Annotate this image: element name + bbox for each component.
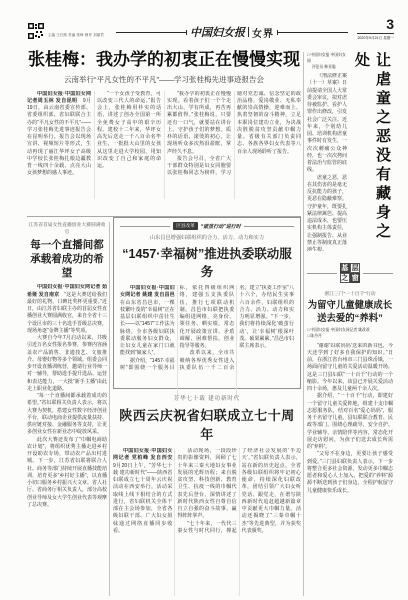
paragraph: “每一个直播间都承载着成功的希望。”省妇联相关负责人表示，将以大赛为契机，搭建女… [27,393,107,437]
article-jiangsu-livestream: 江苏省首届女性直播创业大赛圆满收官 每一个直播间都 承载着成功的希望 中国妇女报… [27,222,107,596]
article-1457-box: 区县改革 “破茧行动”进行时 山东昌邑增强妇联组织的合力、活力、动力和实力 “1… [113,217,301,389]
stamp-char: 层 [350,263,360,273]
column-badge-row: 区县改革 “破茧行动”进行时 [120,222,294,230]
center-kicker: 山东昌邑增强妇联组织的合力、活力、动力和实力 [120,234,294,241]
commentary-article: □ 中国妇女报·中国妇女网 评论员 韩亚聪 《刑法修正案（十一）草案》日前提请全… [307,52,393,256]
paragraph: 大赛自今年7月启动以来，共吸引近万名女性报名参赛，参赛内容涵盖农产品销售、非遗技… [27,335,107,393]
section-name: 女界 [252,25,274,40]
paragraph: 活动现场，一段段珍贵的影像资料，回顾了七十年来三秦大地妇女事业发展的光辉历程；来… [177,448,236,521]
paragraph: “一个女孩子受教育，可以改变三代人的命运。”报告会上，张桂梅用朴实的话语，讲述了… [97,91,161,171]
paragraph: 虐童之恶，恶在其伤害的是毫无反抗能力的孩子，更恶在隐蔽难察。守护童年，既要扎紧法… [307,175,347,252]
reporter-byline: 中国妇女报·中国妇女网记者周玉林 发自昆明 [27,91,91,104]
center-headline: “1457·幸福树”推进执委联动服务 [120,244,294,280]
column-rule-left [109,222,110,596]
paragraph: “父母不在身边，更要让孩子感受到爱。”三门县妇联负责人表示，下一步将整合更多社会… [307,451,393,495]
right-article-body: “谢谢‘妇联妈妈’送来的新书包，今天还学到了好多自我保护的知识。”日前，在浙江省… [307,343,393,587]
paragraph: 据介绍，“一十百千”行动，即建好一个留守儿童关爱阵地，组建十支巾帼志愿服务队，结… [307,393,393,451]
paragraph: “我办学的初衷正在慢慢实现。看着孩子们一个个走出大山、学有所成，再苦再累都值得。… [167,91,231,156]
column-stamp-icon: 基 层 之 窗 [340,263,361,284]
stamp-rule-right [363,273,393,274]
masthead-rule-right [277,32,348,33]
commentary-vertical-headline: 让虐童之恶没有藏身之处 [351,52,393,256]
reporter-byline: 中国妇女报·中国妇女网记者 姚建 发自昌邑 [120,285,175,298]
reporter-byline: 中国妇女报·中国妇女网记者 党柏峰 发自西安 [113,448,172,461]
paragraph: 中国妇女报·中国妇女网记者 姚建 发自昌邑 在山东省昌邑市，一棵枝繁叶茂的“幸福… [120,285,175,358]
masthead: 中国妇女报 女界 [116,24,348,40]
bottom-headline: 陕西云庆祝省妇联成立七十周年 [113,405,301,443]
column-rule-right [303,52,304,596]
paragraph: 中国妇女报·中国妇女网记者 茹希娅 发自南京 “这是大赛送给我们最好的礼物，口碑… [27,284,107,335]
article-shaanxi-70th: 芳华七十载 建功新时代 陕西云庆祝省妇联成立七十周年 中国妇女报·中国妇女网记者… [113,394,301,596]
stamp-char: 基 [340,263,350,273]
paragraph: 中国妇女报·中国妇女网记者周玉林 发自昆明 9月19日，由云南省委宣传部、省委组… [27,91,91,178]
center-article-body: 中国妇女报·中国妇女网记者 姚建 发自昌邑 在山东省昌邑市，一棵枝繁叶茂的“幸福… [120,285,294,395]
left-kicker: 江苏省首届女性直播创业大赛圆满收官 [27,222,107,236]
badge-rule-right [244,226,294,227]
masthead-editors: 主编 王长路 责编 张峥 制作 刘丽君 [48,33,118,38]
masthead-divider [248,27,249,37]
bottom-kicker: 芳华七十载 建功新时代 [113,394,301,402]
paper-name: 中国妇女报 [190,24,245,40]
article-sanmen-children: 浙江三门“一十百千”行动 为留守儿童健康成长 送去爱的“养料” □ 中国妇女报·… [307,290,393,596]
page-number: 3 [386,16,394,32]
main-subtitle: 云南举行“平凡女性的不平凡”——学习张桂梅先进事迹报告会 [27,74,301,85]
newspaper-page: 主编 王长路 责编 张峥 制作 刘丽君 中国妇女报 女界 3 2020年9月21… [0,0,408,600]
left-headline: 每一个直播间都 承载着成功的希望 [27,239,107,280]
right-article-byline: □ 中国妇女报·中国妇女网记者 姚改改 □ 陈丹丹 [307,327,393,339]
paragraph: 中国妇女报·中国妇女网记者 党柏峰 发自西安 9月20日上午，“芳华七十载 建功… [113,448,172,535]
qr-code-icon [28,23,44,39]
paragraph: “谢谢‘妇联妈妈’送来的新书包，今天还学到了好多自我保护的知识。”日前，在浙江省… [307,343,393,394]
stamp-char: 窗 [350,273,360,283]
main-headline: 张桂梅：我办学的初衷正在慢慢实现 [27,50,301,70]
paragraph: 此次大赛还发布了“巾帼电商助农计划”，将组织优秀主播走进乡村开设助农专场，带动农… [27,437,107,510]
paragraph: 《刑法修正案（十一）草案》日前提请全国人大常委会审议，拟对虐待被监护、看护人罪作… [307,73,347,175]
bottom-article-body: 中国妇女报·中国妇女网记者 党柏峰 发自西安 9月20日上午，“芳华七十载 建功… [113,448,301,596]
stamp-rule-left [307,273,337,274]
masthead-rule-left [116,32,187,33]
issue-date: 2020年9月21日 星期一 [357,33,394,41]
left-article-body: 中国妇女报·中国妇女网记者 茹希娅 发自南京 “这是大赛送给我们最好的礼物，口碑… [27,284,107,584]
main-article-body: 中国妇女报·中国妇女网记者周玉林 发自昆明 9月19日，由云南省委宣传部、省委组… [27,91,301,199]
right-headline: 为留守儿童健康成长 送去爱的“养料” [307,299,393,324]
column-badge: 区县改革 [173,222,197,230]
commentary-body: 《刑法修正案（十一）草案》日前提请全国人大常委会审议，拟对虐待被监护、看护人罪作… [307,73,347,251]
right-kicker: 浙江三门“一十百千”行动 [307,290,393,297]
article-zhangguimei: 张桂梅：我办学的初衷正在慢慢实现 云南举行“平凡女性的不平凡”——学习张桂梅先进… [27,50,301,216]
badge-rule-left [120,226,170,227]
stamp-char: 之 [340,273,350,283]
commentary-byline: □ 中国妇女报·中国妇女网 评论员 韩亚聪 [307,52,347,70]
commentary-text-column: □ 中国妇女报·中国妇女网 评论员 韩亚聪 《刑法修正案（十一）草案》日前提请全… [307,52,347,256]
column-stamp-divider: 基 层 之 窗 [307,258,393,288]
column-badge-suffix: “破茧行动”进行时 [201,223,241,230]
